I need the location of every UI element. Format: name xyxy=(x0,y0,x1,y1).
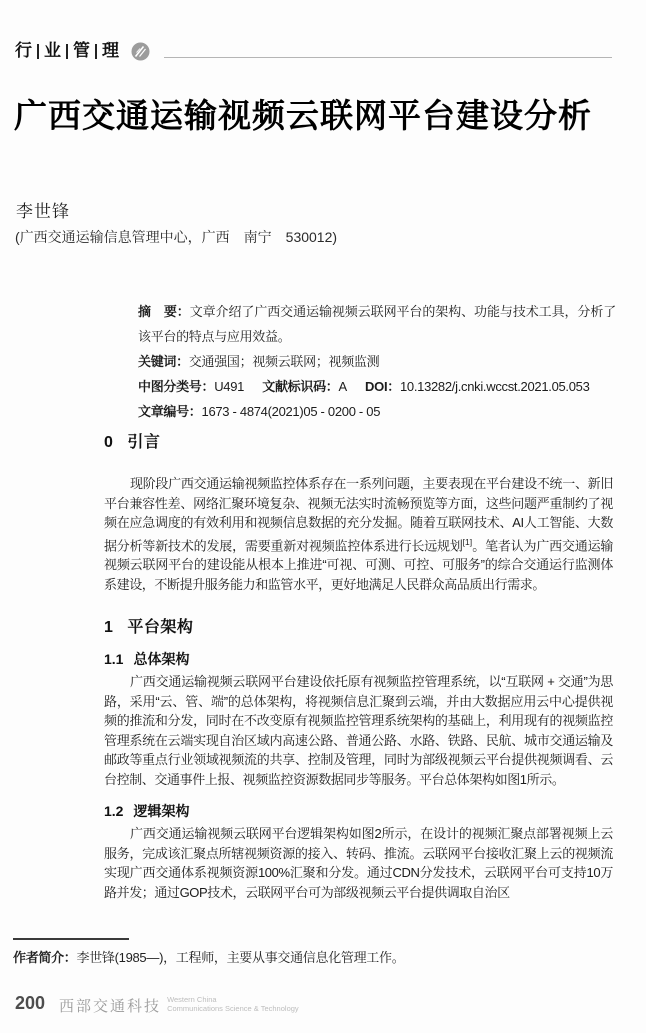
footnote-label: 作者简介： xyxy=(13,950,77,965)
overall-architecture-paragraph: 广西交通运输视频云联网平台建设依托原有视频监控管理系统，以“互联网 + 交通”为… xyxy=(104,672,613,789)
reference-marker: [1] xyxy=(463,537,472,547)
article-number-value: 1673 - 4874(2021)05 - 0200 - 05 xyxy=(202,404,381,419)
journal-page: 行 业 管 理 广西交通运输视频云联网平台建设分析 李世锋 (广西交通运输信息管… xyxy=(0,0,646,1033)
subsection-heading-logic: 1.2逻辑架构 xyxy=(104,801,613,821)
article-number-label: 文章编号： xyxy=(138,404,202,419)
classification-line: 中图分类号：U491文献标识码：ADOI：10.13282/j.cnki.wcc… xyxy=(138,374,616,399)
article-body: 0引言 现阶段广西交通运输视频监控体系存在一系列问题，主要表现在平台建设不统一、… xyxy=(104,429,613,902)
pen-nib-circle-icon xyxy=(131,42,150,61)
section-number: 0 xyxy=(104,434,113,451)
category-char: 管 xyxy=(68,42,95,60)
keywords-line: 关键词：交通强国；视频云联网；视频监测 xyxy=(138,349,616,374)
section-heading-architecture: 1平台架构 xyxy=(104,614,613,637)
section-title: 引言 xyxy=(127,434,160,451)
journal-name-english: Western China Communications Science & T… xyxy=(167,995,299,1013)
doc-code-label: 文献标识码： xyxy=(262,379,338,394)
author-name: 李世锋 xyxy=(16,197,70,222)
intro-paragraph: 现阶段广西交通运输视频监控体系存在一系列问题，主要表现在平台建设不统一、新旧平台… xyxy=(104,474,613,594)
abstract-label: 摘 要： xyxy=(138,304,190,319)
header-rule xyxy=(164,57,612,58)
clc-label: 中图分类号： xyxy=(138,379,214,394)
article-title: 广西交通运输视频云联网平台建设分析 xyxy=(14,90,592,137)
subsection-number: 1.2 xyxy=(104,803,123,819)
section-title: 平台架构 xyxy=(127,619,193,636)
footnote-rule xyxy=(13,938,129,940)
footnote-text: 作者简介：李世锋(1985—)，工程师，主要从事交通信息化管理工作。 xyxy=(13,947,623,966)
abstract-line: 摘 要：文章介绍了广西交通运输视频云联网平台的架构、功能与技术工具，分析了该平台… xyxy=(138,299,616,349)
keywords-label: 关键词： xyxy=(138,354,189,369)
category-char: 行 xyxy=(15,42,37,60)
page-footer: 200 西部交通科技 Western China Communications … xyxy=(15,993,299,1016)
article-number-line: 文章编号：1673 - 4874(2021)05 - 0200 - 05 xyxy=(138,399,616,424)
section-number: 1 xyxy=(104,619,113,636)
category-header: 行 业 管 理 xyxy=(15,40,612,62)
category-char: 业 xyxy=(39,42,66,60)
category-char: 理 xyxy=(97,42,124,60)
page-number: 200 xyxy=(15,993,45,1014)
author-bio-footnote: 作者简介：李世锋(1985—)，工程师，主要从事交通信息化管理工作。 xyxy=(13,938,623,966)
doi-label: DOI： xyxy=(365,379,400,394)
subsection-title: 总体架构 xyxy=(133,651,189,667)
abstract-text: 文章介绍了广西交通运输视频云联网平台的架构、功能与技术工具，分析了该平台的特点与… xyxy=(138,304,616,344)
logic-architecture-paragraph: 广西交通运输视频云联网平台逻辑架构如图2所示，在设计的视频汇聚点部署视频上云服务… xyxy=(104,824,613,902)
journal-name-chinese: 西部交通科技 xyxy=(59,995,161,1016)
keywords-text: 交通强国；视频云联网；视频监测 xyxy=(189,354,380,369)
doc-code-value: A xyxy=(338,379,346,394)
section-heading-intro: 0引言 xyxy=(104,429,613,452)
subsection-title: 逻辑架构 xyxy=(133,803,189,819)
article-meta: 摘 要：文章介绍了广西交通运输视频云联网平台的架构、功能与技术工具，分析了该平台… xyxy=(138,299,616,424)
author-affiliation: (广西交通运输信息管理中心，广西 南宁 530012) xyxy=(15,227,337,247)
doi-value: 10.13282/j.cnki.wccst.2021.05.053 xyxy=(400,379,590,394)
subsection-number: 1.1 xyxy=(104,651,123,667)
clc-value: U491 xyxy=(214,379,244,394)
subsection-heading-overall: 1.1总体架构 xyxy=(104,649,613,669)
